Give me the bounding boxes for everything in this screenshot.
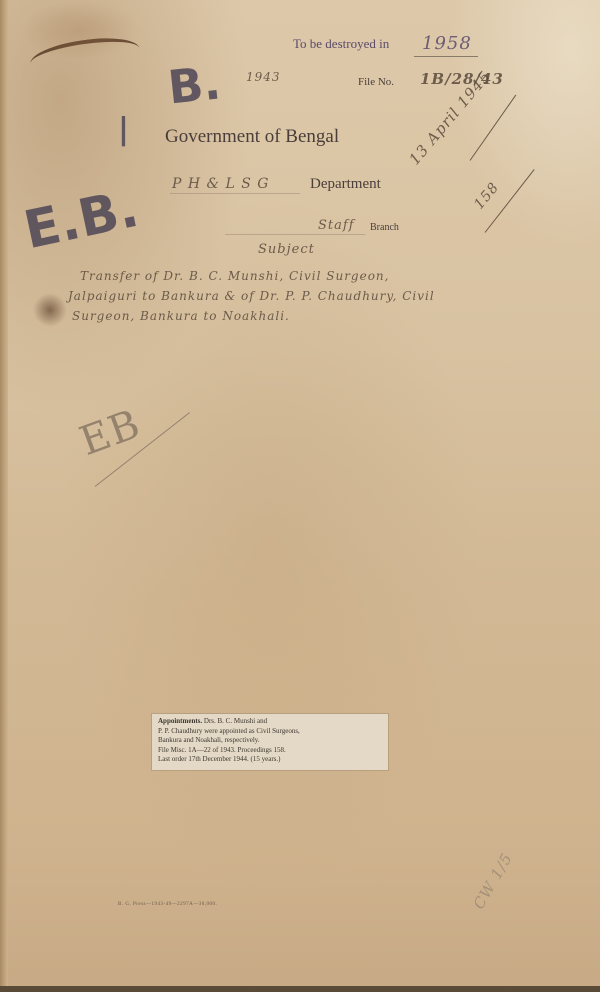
label-line: File Misc. 1A—22 of 1943. Proceedings 15… xyxy=(158,746,382,756)
department-value: P H & L S G xyxy=(172,176,269,192)
stain xyxy=(30,290,70,330)
subject-line: Transfer of Dr. B. C. Munshi, Civil Surg… xyxy=(80,266,600,286)
press-imprint: B. G. Press—1943-49—2297A—30,000. xyxy=(118,902,217,907)
subject-heading: Subject xyxy=(258,242,315,257)
stamp-mark: | xyxy=(118,112,129,147)
stamp-b: B. xyxy=(165,55,223,114)
destroy-year: 1958 xyxy=(422,33,472,54)
date-annotation-2: 158 xyxy=(471,179,502,212)
department-label: Department xyxy=(310,176,381,193)
label-heading: Appointments. xyxy=(158,717,202,725)
subject-line: Surgeon, Bankura to Noakhali. xyxy=(72,306,592,326)
year-handwritten: 1943 xyxy=(246,70,281,84)
branch-value: Staff xyxy=(318,218,355,233)
destroy-label: To be destroyed in xyxy=(293,36,389,52)
label-line: Bankura and Noakhali, respectively. xyxy=(158,736,382,746)
paper-edge xyxy=(0,0,8,992)
label-line: P. P. Chaudhury were appointed as Civil … xyxy=(158,727,382,737)
file-no-label: File No. xyxy=(358,76,394,88)
stain xyxy=(20,0,140,60)
subject-text: Transfer of Dr. B. C. Munshi, Civil Surg… xyxy=(80,266,600,326)
appointments-label: Appointments. Drs. B. C. Munshi and P. P… xyxy=(152,714,388,770)
label-line: Last order 17th December 1944. (15 years… xyxy=(158,755,382,765)
pencil-eb-mark: EB xyxy=(74,401,147,465)
stamp-eb: E.B. xyxy=(19,179,144,262)
label-line: Drs. B. C. Munshi and xyxy=(204,717,267,725)
branch-label: Branch xyxy=(370,222,399,233)
subject-line: Jalpaiguri to Bankura & of Dr. P. P. Cha… xyxy=(68,286,588,306)
diagonal-line xyxy=(470,95,517,161)
bottom-right-annotation: CW 1/5 xyxy=(470,850,516,913)
file-cover-page: To be destroyed in 1958 1943 File No. 1B… xyxy=(0,0,600,992)
paper-bottom-edge xyxy=(0,986,600,992)
government-title: Government of Bengal xyxy=(165,126,339,148)
